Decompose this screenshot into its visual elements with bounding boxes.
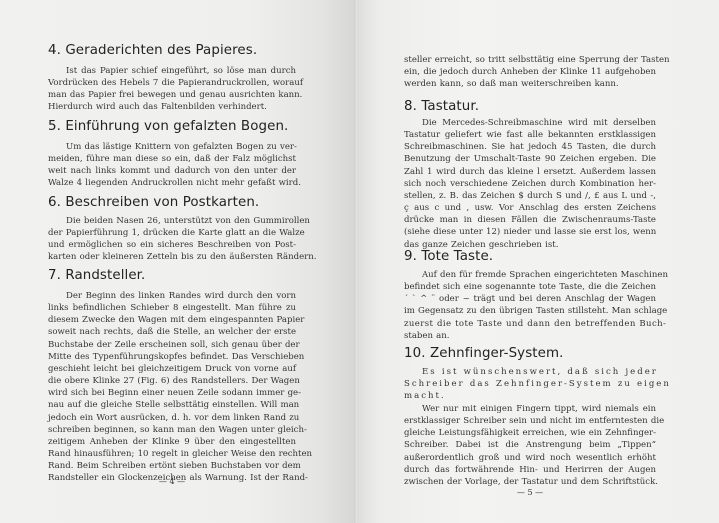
section-heading-8: 8. Tastatur. xyxy=(404,99,479,115)
page-number-left: — 4 — xyxy=(48,477,296,486)
section-body-5: Um das lästige Knittern von gefalzten Bo… xyxy=(48,141,296,190)
section-heading-6: 6. Beschreiben von Postkarten. xyxy=(48,195,259,211)
section-heading-7: 7. Randsteller. xyxy=(48,268,145,284)
section-body-7: Der Beginn des linken Randes wird durch … xyxy=(48,290,296,485)
section-heading-9: 9. Tote Taste. xyxy=(404,249,493,265)
right-page: steller erreicht, so tritt selbsttätig e… xyxy=(356,0,719,523)
section-heading-5: 5. Einführung von gefalzten Bogen. xyxy=(48,119,288,135)
section-body-10-spaced: Es ist wünschenswert, daß sich jeder Sch… xyxy=(404,366,656,402)
left-page: 4. Geraderichten des Papieres. Ist das P… xyxy=(0,0,356,523)
continuation-paragraph: steller erreicht, so tritt selbsttätig e… xyxy=(404,54,656,90)
section-heading-4: 4. Geraderichten des Papieres. xyxy=(48,43,257,59)
section-body-6: Die beiden Nasen 26, unterstützt von den… xyxy=(48,215,296,264)
section-body-8: Die Mercedes-Schreibmaschine wird mit de… xyxy=(404,117,656,251)
book-gutter xyxy=(354,0,357,523)
section-heading-10: 10. Zehnfinger-System. xyxy=(404,346,563,362)
page-number-right: — 5 — xyxy=(404,488,656,497)
section-body-4: Ist das Papier schief eingeführt, so lös… xyxy=(48,65,296,114)
book-spread: 4. Geraderichten des Papieres. Ist das P… xyxy=(0,0,719,523)
section-body-10: Wer nur mit einigen Fingern tippt, wird … xyxy=(404,403,656,488)
section-body-9: Auf den für fremde Sprachen eingerichtet… xyxy=(404,269,656,342)
